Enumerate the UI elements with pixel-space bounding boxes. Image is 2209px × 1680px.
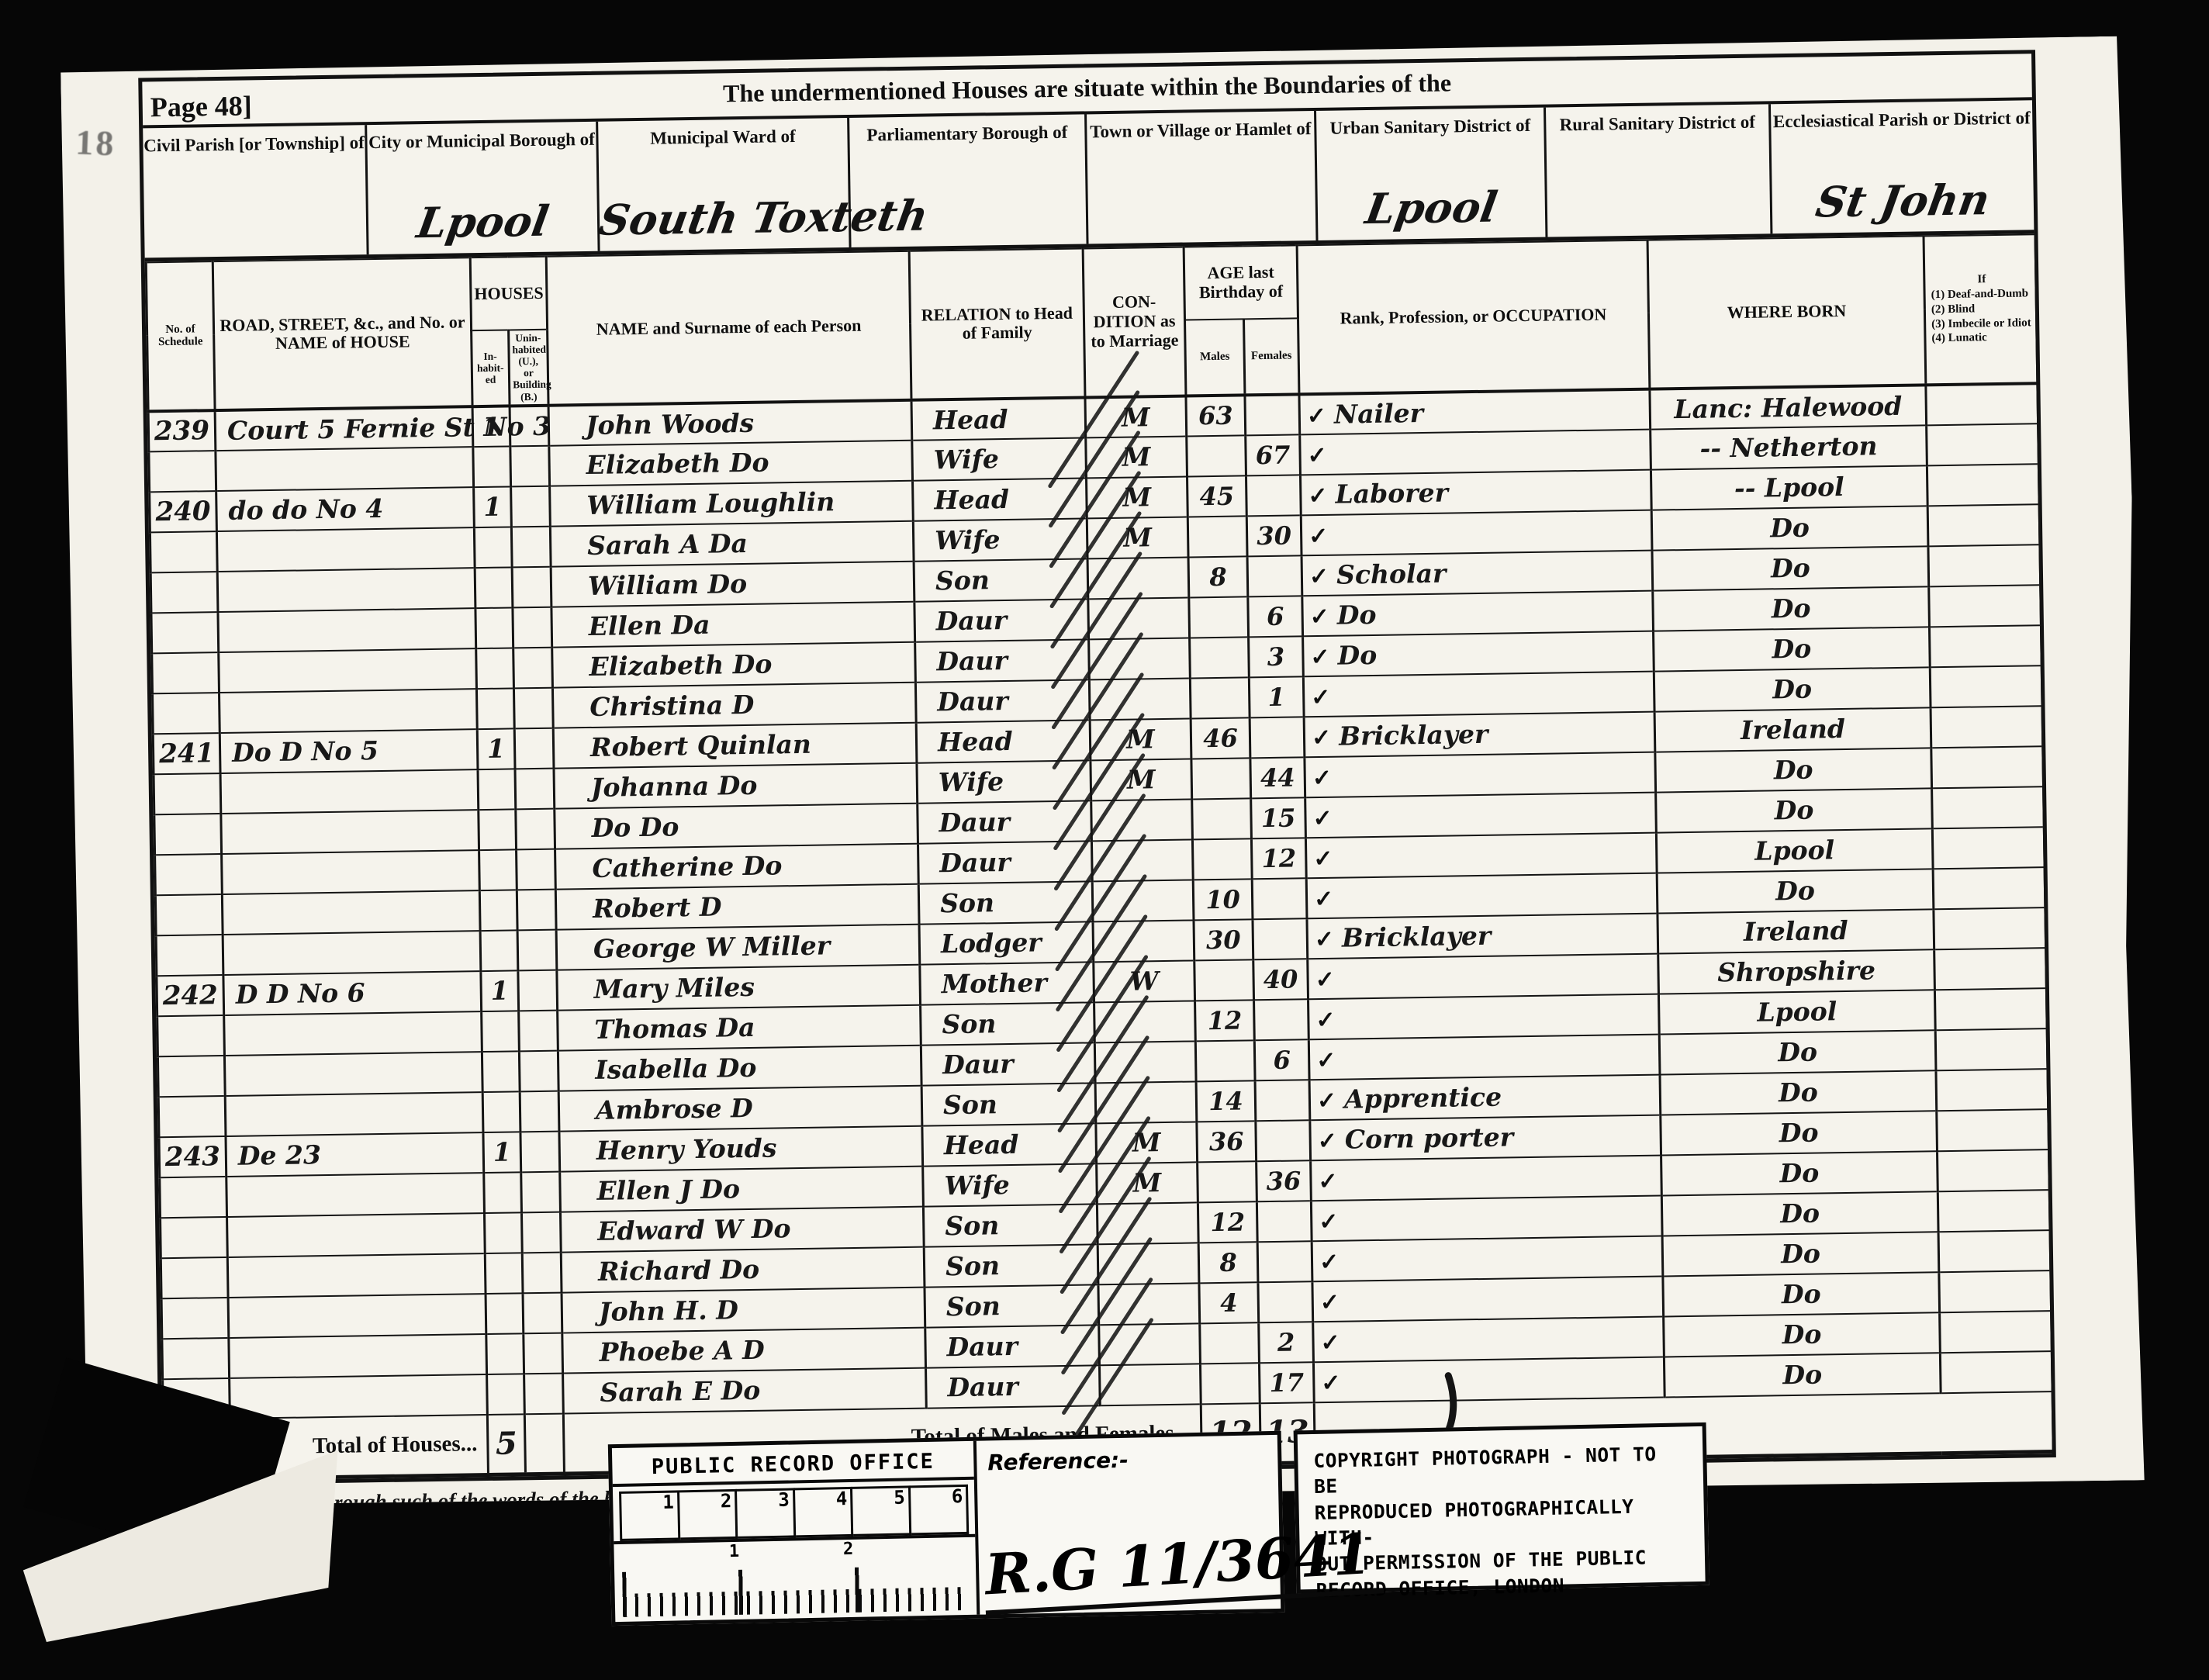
loc-value-handwriting — [1088, 234, 1315, 237]
cell-person-name: Robert Quinlan — [553, 722, 917, 768]
cell-occupation: ✓ — [1308, 1034, 1660, 1080]
loc-civil-parish: Civil Parish [or Township] of — [143, 125, 366, 258]
cell-infirmity — [1927, 423, 2039, 465]
cell-occupation: ✓Scholar — [1302, 550, 1653, 596]
cell-infirmity — [1934, 948, 2047, 990]
cell-occupation: ✓ — [1301, 510, 1652, 555]
cell-age-female — [1246, 475, 1302, 516]
enumerator-tick-mark: ✓ — [1316, 1047, 1336, 1074]
cell-relation: Wife — [923, 1163, 1098, 1206]
cell-relation: Daur — [914, 599, 1089, 641]
cell-relation: Mother — [920, 962, 1094, 1004]
cell-road-street: do do No 4 — [216, 487, 475, 531]
enumerator-tick-mark: ✓ — [1315, 1007, 1336, 1034]
cell-houses-inhabited: 1 — [483, 1132, 521, 1173]
cell-houses-uninhabited — [523, 1292, 562, 1333]
cell-road-street — [221, 810, 479, 854]
cell-schedule-number — [161, 1257, 228, 1298]
enumerator-tick-mark: ✓ — [1320, 1289, 1340, 1316]
cell-age-male: 12 — [1198, 1201, 1257, 1243]
stamp-strip: PUBLIC RECORD OFFICE 1 2 3 4 5 6 1 2 Ref — [608, 1422, 1709, 1626]
cell-houses-inhabited — [478, 769, 516, 810]
inch-number: 4 — [836, 1488, 848, 1509]
cell-infirmity — [1935, 1028, 2048, 1070]
loc-municipal-ward: Municipal Ward of South Toxteth — [596, 118, 849, 251]
cell-infirmity — [1932, 827, 2045, 869]
col-header-females: Females — [1244, 318, 1299, 395]
enumerator-tick-mark: ✓ — [1312, 724, 1332, 752]
col-header-uninhabited: Unin-habited (U.), or Building (B.) — [509, 330, 548, 406]
cell-infirmity — [1926, 383, 2038, 425]
cell-houses-inhabited: 1 — [477, 728, 515, 769]
inch-number: 3 — [778, 1489, 790, 1511]
cell-person-name: George W Miller — [556, 924, 920, 970]
cell-person-name: Ambrose D — [558, 1085, 922, 1131]
occupation-text — [1347, 1286, 1348, 1316]
cell-occupation: ✓Corn porter — [1310, 1115, 1661, 1160]
cell-road-street: Court 5 Fernie St No 3 — [215, 406, 473, 451]
inch-segment: 2 — [679, 1489, 738, 1540]
cell-houses-inhabited — [474, 527, 512, 568]
cell-where-born: Ireland — [1654, 707, 1931, 752]
cell-road-street — [229, 1334, 487, 1378]
cell-person-name: Richard Do — [561, 1246, 925, 1292]
cell-where-born: Do — [1656, 788, 1933, 832]
loc-label: Urban Sanitary District of — [1316, 108, 1544, 140]
cell-houses-inhabited — [479, 849, 517, 890]
reference-label: Reference:- — [987, 1444, 1267, 1475]
cell-person-name: Christina D — [552, 682, 916, 728]
cell-where-born: Do — [1661, 1111, 1938, 1155]
cell-age-female: 67 — [1246, 434, 1301, 475]
cell-occupation: ✓ — [1312, 1236, 1663, 1281]
enumerator-tick-mark: ✓ — [1318, 1168, 1338, 1195]
cell-schedule-number — [157, 1056, 225, 1097]
cell-road-street — [219, 648, 477, 693]
cell-person-name: Sarah E Do — [563, 1367, 927, 1413]
cell-schedule-number — [157, 1015, 225, 1056]
cell-age-female: 15 — [1251, 797, 1306, 838]
cell-houses-inhabited — [482, 1011, 520, 1052]
cell-occupation: ✓ — [1311, 1195, 1662, 1241]
enumerator-tick-mark: ✓ — [1315, 926, 1335, 953]
enumerator-tick-mark: ✓ — [1314, 886, 1334, 913]
inch-number: 2 — [721, 1490, 732, 1512]
cell-occupation: ✓Do — [1303, 631, 1654, 676]
cell-houses-uninhabited — [520, 1091, 559, 1132]
col-header-males: Males — [1185, 319, 1245, 396]
cell-relation: Daur — [915, 639, 1090, 682]
cell-relation: Son — [918, 881, 1093, 924]
cell-road-street — [216, 447, 474, 491]
cell-person-name: Elizabeth Do — [552, 641, 916, 687]
enumerator-tick-mark: ✓ — [1313, 845, 1333, 873]
loc-value-handwriting — [145, 248, 367, 251]
cell-road-street — [218, 608, 476, 652]
cell-houses-inhabited — [482, 1051, 520, 1092]
cell-person-name: John H. D — [562, 1287, 925, 1333]
cell-where-born: Do — [1657, 869, 1934, 913]
cell-where-born: -- Netherton — [1651, 425, 1927, 469]
cell-age-female: 30 — [1246, 515, 1302, 556]
loc-label: City or Municipal Borough of — [367, 122, 596, 154]
loc-label: Parliamentary Borough of — [849, 114, 1085, 146]
inch-segment: 5 — [852, 1485, 911, 1536]
cell-road-street — [230, 1374, 488, 1419]
cell-infirmity — [1937, 1109, 2049, 1151]
cell-infirmity — [1940, 1311, 2052, 1353]
cell-age-female: 40 — [1253, 959, 1308, 1000]
occupation-text: Laborer — [1335, 478, 1448, 510]
cell-age-female: 6 — [1248, 596, 1303, 637]
cell-age-male — [1200, 1322, 1260, 1364]
occupation-text — [1343, 1004, 1343, 1034]
col-header-occupation: Rank, Profession, or OCCUPATION — [1297, 240, 1650, 394]
cell-houses-uninhabited — [513, 607, 552, 648]
cell-where-born: Do — [1662, 1232, 1939, 1276]
inch-number: 1 — [662, 1492, 674, 1513]
cell-infirmity — [1927, 504, 2040, 546]
cell-infirmity — [1930, 625, 2042, 667]
cell-relation: Son — [914, 558, 1088, 601]
enumerator-tick-mark: ✓ — [1312, 765, 1333, 792]
cell-person-name: Mary Miles — [557, 964, 921, 1010]
col-header-schedule: No. of Schedule — [146, 261, 215, 411]
cell-person-name: Elizabeth Do — [549, 440, 913, 486]
cell-condition — [1099, 1364, 1201, 1405]
loc-label: Municipal Ward of — [598, 118, 848, 150]
enumerator-tick-mark: ✓ — [1319, 1208, 1339, 1236]
enumerator-tick-mark: ✓ — [1318, 1128, 1338, 1155]
enumerator-tick-mark: ✓ — [1315, 966, 1335, 994]
cell-where-born: Do — [1655, 748, 1932, 792]
cell-where-born: Do — [1652, 546, 1929, 590]
col-header-relation: RELATION to Head of Family — [909, 248, 1085, 399]
reference-area: Reference:- R.G 11/3641 — [977, 1435, 1281, 1615]
enumerator-tick-mark: ✓ — [1307, 402, 1327, 429]
cell-where-born: Do — [1654, 627, 1931, 671]
cell-houses-uninhabited — [524, 1333, 563, 1374]
loc-rural-sanitary: Rural Sanitary District of — [1544, 104, 1770, 237]
cell-occupation: ✓Nailer — [1299, 389, 1651, 434]
col-header-where-born: WHERE BORN — [1647, 236, 1926, 389]
cell-where-born: Lanc: Halewood — [1650, 385, 1927, 429]
cell-age-male — [1189, 596, 1249, 638]
cell-houses-uninhabited — [512, 566, 551, 607]
cell-person-name: Phoebe A D — [562, 1327, 926, 1373]
cell-infirmity — [1938, 1190, 2050, 1232]
occupation-text — [1334, 439, 1335, 469]
cell-where-born: Do — [1664, 1312, 1941, 1357]
cell-houses-inhabited — [475, 567, 513, 608]
cell-age-female: 2 — [1259, 1322, 1314, 1363]
cell-age-female — [1252, 878, 1307, 919]
cell-relation: Daur — [926, 1365, 1101, 1408]
cell-relation: Daur — [921, 1042, 1095, 1085]
cell-where-born: Do — [1653, 586, 1930, 631]
cell-occupation: ✓Laborer — [1301, 469, 1652, 515]
cell-road-street — [225, 1092, 483, 1136]
cell-where-born: Do — [1660, 1070, 1937, 1115]
cell-road-street — [222, 890, 480, 935]
cell-road-street: D D No 6 — [223, 971, 482, 1015]
cell-schedule-number — [150, 572, 218, 613]
cell-person-name: Do Do — [555, 803, 918, 849]
occupation-text — [1338, 681, 1339, 711]
col-header-age-group: AGE last Birthday of — [1184, 245, 1298, 320]
cell-relation: Head — [913, 478, 1087, 520]
loc-value-handwriting: Lpool — [1314, 181, 1549, 235]
cell-infirmity — [1928, 544, 2041, 586]
cell-person-name: John Woods — [548, 399, 912, 445]
loc-municipal-borough: City or Municipal Borough of Lpool — [365, 122, 597, 254]
cell-schedule-number — [156, 935, 223, 976]
cell-age-male: 45 — [1187, 475, 1247, 517]
copyright-line: COPYRIGHT PHOTOGRAPH - NOT TO BE — [1313, 1440, 1688, 1499]
cell-houses-inhabited — [473, 446, 511, 487]
inch-segment: 6 — [910, 1485, 969, 1535]
cell-person-name: Robert D — [555, 883, 919, 929]
cell-age-female: 17 — [1259, 1362, 1314, 1403]
cell-schedule-number: 240 — [150, 491, 217, 532]
cell-houses-inhabited: 1 — [472, 406, 510, 447]
enumerator-tick-mark: ✓ — [1321, 1370, 1341, 1397]
inch-number: 6 — [951, 1485, 963, 1507]
cell-age-male — [1192, 798, 1252, 839]
cell-occupation: ✓Do — [1302, 590, 1654, 636]
cell-houses-uninhabited — [519, 1010, 558, 1051]
cell-occupation: ✓ — [1305, 752, 1656, 797]
occupation-text: Nailer — [1334, 398, 1424, 430]
cell-houses-uninhabited — [511, 486, 551, 527]
cell-person-name: Edward W Do — [560, 1206, 924, 1252]
loc-parliamentary-borough: Parliamentary Borough of — [847, 114, 1086, 247]
census-sheet-frame: Page 48] The undermentioned Houses are s… — [138, 50, 2056, 1485]
infirmity-line: (1) Deaf-and-Dumb — [1928, 287, 2033, 303]
cell-schedule-number — [152, 693, 220, 734]
loc-value-handwriting: South Toxteth — [596, 192, 852, 245]
cell-age-male — [1194, 959, 1254, 1001]
cell-road-street — [220, 769, 479, 814]
cell-schedule-number — [152, 652, 220, 693]
cell-houses-uninhabited — [513, 647, 553, 688]
infirmity-line: If — [1927, 272, 2032, 289]
cell-occupation: ✓ — [1303, 671, 1654, 717]
cell-road-street: De 23 — [226, 1132, 484, 1177]
cell-schedule-number — [151, 612, 219, 653]
cell-road-street — [223, 931, 481, 975]
cell-houses-uninhabited — [516, 808, 555, 849]
cell-occupation: ✓ — [1305, 792, 1657, 838]
col-header-infirmity: If (1) Deaf-and-Dumb (2) Blind (3) Imbec… — [1924, 234, 2038, 385]
loc-label: Town or Village or Hamlet of — [1087, 111, 1315, 143]
occupation-text: Corn porter — [1345, 1122, 1514, 1155]
cell-schedule-number — [154, 814, 222, 855]
enumerator-tick-mark: ✓ — [1319, 1249, 1340, 1276]
loc-urban-sanitary: Urban Sanitary District of Lpool — [1314, 108, 1545, 240]
cell-age-female — [1255, 1080, 1310, 1121]
cell-houses-inhabited — [485, 1253, 523, 1294]
cell-infirmity — [1927, 464, 2039, 506]
col-header-houses-group: HOUSES — [470, 257, 547, 330]
cell-where-born: Do — [1663, 1272, 1940, 1316]
cell-age-female — [1247, 555, 1302, 596]
cell-relation: Wife — [912, 437, 1087, 480]
enumerator-tick-mark: ✓ — [1311, 684, 1331, 711]
cell-relation: Wife — [913, 518, 1087, 561]
cell-road-street — [227, 1253, 486, 1298]
enumerator-tick-mark: ✓ — [1317, 1087, 1337, 1115]
cell-houses-inhabited — [480, 930, 518, 971]
cell-age-male — [1191, 758, 1251, 799]
cell-relation: Son — [925, 1284, 1099, 1327]
cell-occupation: ✓ — [1312, 1276, 1664, 1322]
occupation-text: Bricklayer — [1342, 921, 1492, 953]
occupation-text — [1346, 1205, 1346, 1236]
cell-occupation: ✓ — [1311, 1155, 1662, 1201]
cell-road-street — [224, 1011, 482, 1056]
film-background: 18 Page 48] The undermentioned Houses ar… — [0, 0, 2209, 1680]
cell-occupation: ✓ — [1313, 1357, 1665, 1402]
cell-houses-uninhabited — [518, 970, 558, 1011]
infirmity-line: (2) Blind — [1928, 301, 2033, 317]
cell-schedule-number — [161, 1298, 229, 1339]
cell-houses-uninhabited — [510, 405, 549, 446]
cell-person-name: William Loughlin — [550, 480, 914, 526]
cell-age-male: 36 — [1197, 1121, 1257, 1162]
cell-houses-inhabited — [476, 688, 514, 729]
cell-road-street — [217, 568, 475, 612]
inch-segment: 3 — [737, 1488, 796, 1538]
loc-value-handwriting — [851, 237, 1086, 240]
enumerator-tick-mark: ✓ — [1307, 442, 1327, 469]
cell-age-male: 46 — [1191, 717, 1250, 759]
enumerator-tick-mark: ✓ — [1308, 482, 1328, 510]
cell-houses-inhabited — [486, 1333, 524, 1374]
cell-occupation: ✓ — [1305, 832, 1657, 878]
cell-road-street — [224, 1052, 482, 1096]
cell-schedule-number — [160, 1177, 227, 1218]
cell-road-street — [216, 527, 475, 572]
cell-age-female — [1258, 1281, 1313, 1322]
col-header-inhabited: In-habit-ed — [472, 330, 510, 406]
cell-age-male: 14 — [1196, 1080, 1256, 1122]
cell-age-female — [1257, 1241, 1312, 1282]
cell-houses-uninhabited — [510, 445, 550, 486]
cell-relation: Daur — [918, 800, 1092, 843]
occupation-text: Bricklayer — [1339, 719, 1488, 752]
cell-houses-inhabited — [475, 607, 513, 648]
cell-schedule-number: 241 — [153, 733, 220, 774]
cell-age-male: 8 — [1188, 556, 1248, 597]
cell-age-male — [1190, 677, 1250, 718]
enumerator-tick-mark: ✓ — [1312, 805, 1333, 832]
inch-segment: 1 — [619, 1490, 680, 1541]
cell-houses-inhabited — [482, 1091, 520, 1132]
cell-age-male — [1190, 637, 1250, 678]
col-header-condition: CON-DITION as to Marriage — [1083, 247, 1186, 398]
cell-relation: Daur — [925, 1325, 1100, 1367]
cell-person-name: William Do — [551, 561, 914, 607]
cell-infirmity — [1938, 1149, 2050, 1191]
cell-relation: Head — [916, 720, 1091, 762]
cell-schedule-number — [162, 1338, 230, 1379]
loc-label: Civil Parish [or Township] of — [143, 125, 365, 157]
cell-person-name: Henry Youds — [559, 1125, 923, 1171]
cell-age-female — [1256, 1120, 1311, 1161]
cell-houses-inhabited — [479, 890, 517, 931]
cell-road-street — [228, 1294, 486, 1338]
page-number-stamp: 18 — [74, 121, 116, 164]
cell-age-female: 36 — [1257, 1160, 1312, 1201]
public-record-office-stamp: PUBLIC RECORD OFFICE 1 2 3 4 5 6 1 2 Ref — [608, 1431, 1285, 1626]
cell-person-name: Catherine Do — [555, 843, 919, 889]
cell-houses-inhabited — [479, 809, 517, 850]
cell-schedule-number — [149, 451, 216, 492]
cell-age-female — [1253, 918, 1308, 959]
cell-person-name: Thomas Da — [558, 1004, 921, 1050]
cell-infirmity — [1932, 786, 2045, 828]
cell-infirmity — [1939, 1270, 2052, 1312]
cell-age-male: 8 — [1198, 1242, 1258, 1283]
occupation-text — [1348, 1367, 1349, 1397]
cell-relation: Head — [922, 1123, 1097, 1166]
cell-infirmity — [1930, 665, 2042, 707]
cell-age-female — [1254, 999, 1309, 1040]
occupation-text — [1346, 1246, 1347, 1276]
cell-person-name: Ellen J Do — [560, 1166, 924, 1212]
cell-houses-inhabited: 1 — [474, 486, 512, 527]
cell-age-female: 6 — [1254, 1039, 1309, 1080]
cell-schedule-number — [158, 1096, 226, 1137]
cell-occupation: ✓ — [1306, 873, 1658, 918]
loc-label: Ecclesiastical Parish or District of — [1771, 100, 2033, 132]
cell-occupation: ✓Apprentice — [1309, 1074, 1661, 1120]
enumerator-tick-mark: ✓ — [1310, 644, 1330, 671]
cell-houses-uninhabited — [519, 1050, 558, 1091]
cell-age-female: 12 — [1251, 838, 1306, 879]
cell-road-street — [222, 850, 480, 894]
cell-relation: Son — [924, 1244, 1098, 1287]
cell-occupation: ✓ — [1313, 1316, 1665, 1362]
loc-value-handwriting: Lpool — [365, 195, 601, 249]
cell-relation: Lodger — [919, 921, 1094, 964]
cell-schedule-number — [154, 773, 221, 814]
cell-infirmity — [1940, 1351, 2052, 1393]
occupation-text: Do — [1337, 600, 1377, 631]
cell-houses-inhabited: 1 — [481, 970, 519, 1011]
occupation-text — [1340, 842, 1341, 873]
cell-where-born: Do — [1654, 667, 1931, 711]
occupation-text — [1340, 762, 1340, 792]
occupation-text — [1341, 883, 1342, 913]
cell-where-born: Lpool — [1658, 990, 1935, 1034]
cell-schedule-number — [155, 854, 223, 895]
loc-label: Rural Sanitary District of — [1546, 104, 1769, 136]
cell-road-street — [226, 1173, 485, 1217]
cell-where-born: Ireland — [1658, 909, 1934, 953]
cell-age-male: 12 — [1195, 1000, 1255, 1041]
cell-infirmity — [1933, 867, 2045, 909]
occupation-text: Do — [1337, 640, 1377, 671]
cell-occupation: ✓Bricklayer — [1304, 711, 1655, 757]
pro-scale: PUBLIC RECORD OFFICE 1 2 3 4 5 6 1 2 — [612, 1441, 980, 1622]
cell-age-male — [1192, 838, 1252, 880]
cell-occupation: ✓ — [1308, 994, 1660, 1039]
cell-schedule-number — [150, 531, 217, 572]
cell-infirmity — [1934, 988, 2047, 1030]
cell-where-born: Do — [1661, 1191, 1938, 1236]
